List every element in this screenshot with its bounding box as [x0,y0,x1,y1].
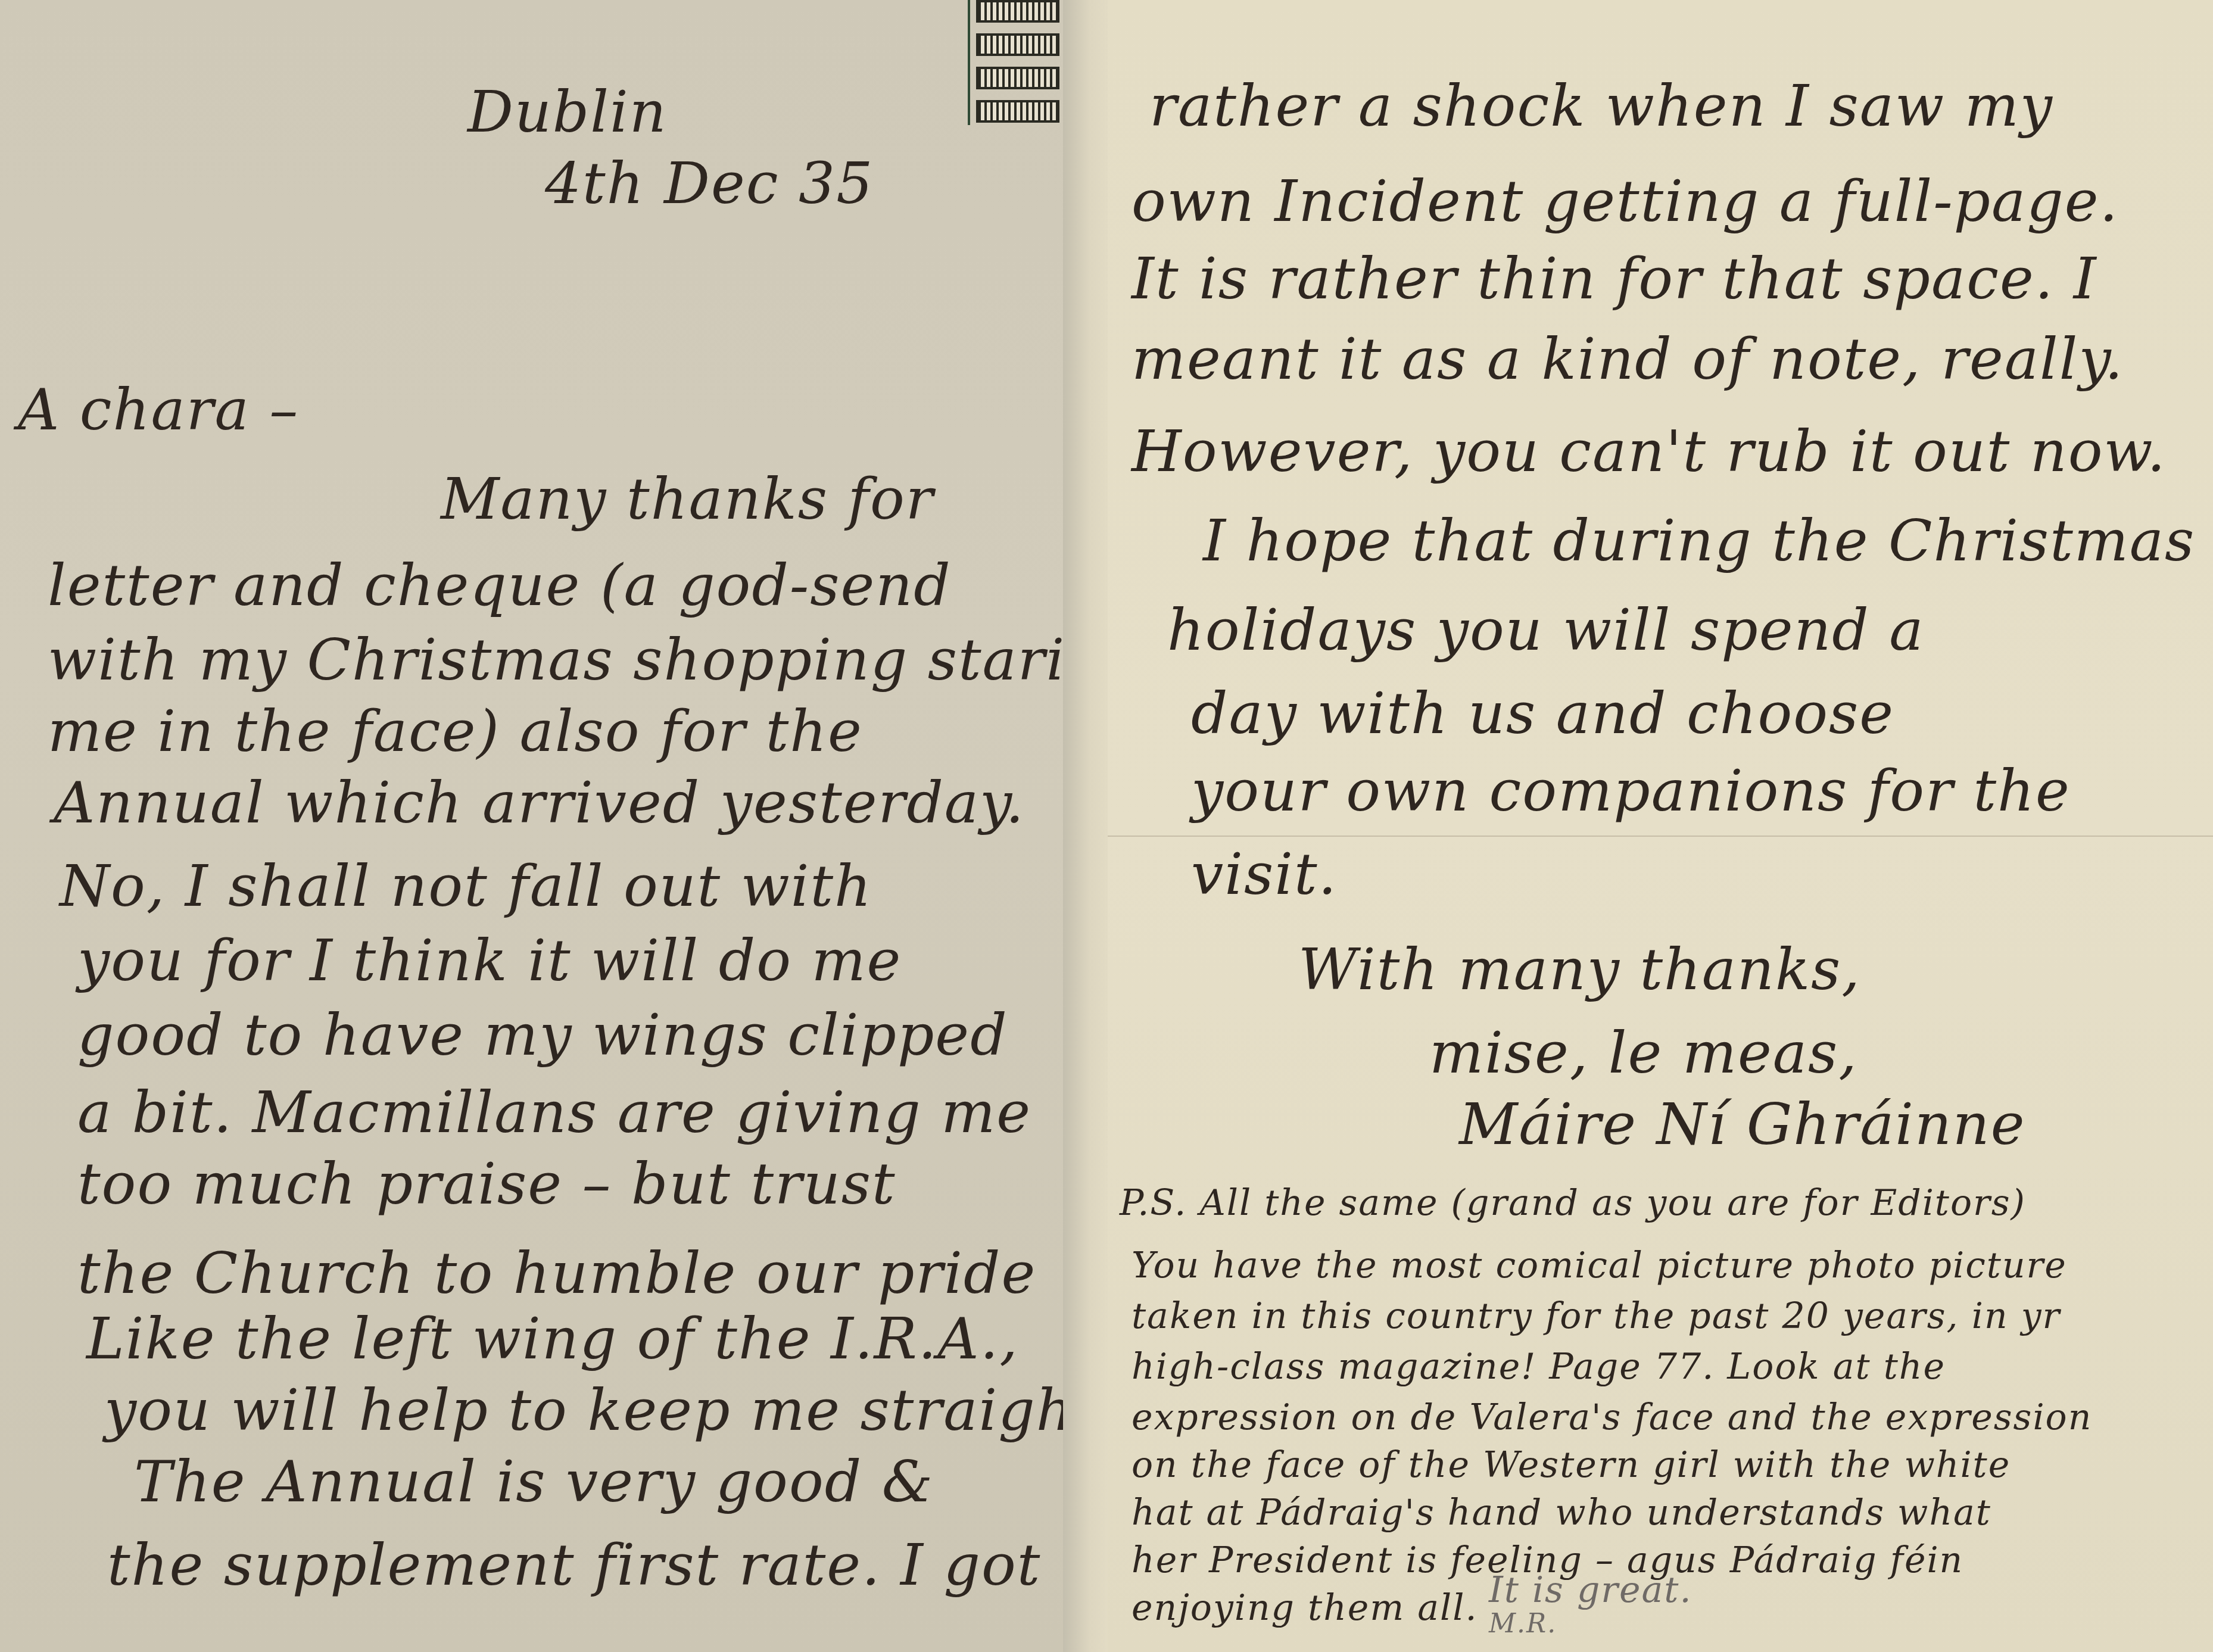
sign-off: mise, le meas, [1429,1024,1858,1081]
closing: With many thanks, [1298,941,1861,998]
body-line: good to have my wings clipped [77,1006,1008,1064]
body-line: with my Christmas shopping staring [48,631,1063,688]
body-line: the supplement first rate. I got [107,1536,1041,1594]
postage-stamp [968,0,1063,125]
body-line: the Church to humble our pride [77,1245,1036,1302]
body-line: visit. [1191,846,1338,903]
body-line: me in the face) also for the [48,703,863,760]
postscript-line: You have the most comical picture photo … [1132,1248,2067,1283]
postscript-line: on the face of the Western girl with the… [1132,1447,2011,1483]
body-line: your own companions for the [1191,762,2071,819]
salutation: A chara – [18,381,299,438]
body-line: letter and cheque (a god-send [48,557,952,614]
right-page: rather a shock when I saw my own Inciden… [1108,0,2213,1652]
postscript-line: enjoying them all. [1132,1590,1478,1626]
body-line: rather a shock when I saw my [1149,77,2053,135]
letter-spread: Dublin 4th Dec 35 A chara – Many thanks … [0,0,2213,1652]
stamp-bar [976,67,1059,89]
paper-fold-crease [1108,836,2213,837]
stamp-bar [976,0,1059,23]
body-line: you for I think it will do me [77,932,902,989]
postscript-afterthought: It is great. [1489,1572,1693,1608]
body-line: The Annual is very good & [134,1453,934,1510]
body-line: I hope that during the Christmas [1203,512,2195,569]
postscript-line: hat at Pádraig's hand who understands wh… [1132,1495,1991,1531]
letter-address: Dublin [467,83,667,141]
body-line: meant it as a kind of note, really. [1132,331,2124,388]
letter-date: 4th Dec 35 [545,155,874,212]
postscript-initials: M.R. [1489,1611,1557,1637]
body-line: Annual which arrived yesterday. [54,774,1025,831]
body-line: Many thanks for [441,470,934,528]
body-line: own Incident getting a full-page. [1132,173,2119,230]
body-line: No, I shall not fall out with [60,858,872,915]
body-line: you will help to keep me straight [104,1382,1063,1439]
body-line: Like the left wing of the I.R.A., [86,1310,1019,1367]
page-gutter [1063,0,1108,1652]
body-line: However, you can't rub it out now. [1132,423,2167,480]
body-line: too much praise – but trust [77,1155,896,1212]
postscript-line: expression on de Valera's face and the e… [1132,1399,2092,1435]
body-line: day with us and choose [1191,685,1894,742]
stamp-bar [976,33,1059,56]
postscript-line: P.S. All the same (grand as you are for … [1120,1185,2026,1221]
left-page: Dublin 4th Dec 35 A chara – Many thanks … [0,0,1063,1652]
body-line: a bit. Macmillans are giving me [77,1084,1031,1141]
stamp-bar [976,100,1059,123]
signature: Máire Ní Ghráinne [1459,1096,2025,1153]
postscript-line: taken in this country for the past 20 ye… [1132,1298,2061,1334]
postscript-line: high-class magazine! Page 77. Look at th… [1132,1349,1946,1385]
body-line: It is rather thin for that space. I [1132,250,2097,307]
body-line: holidays you will spend a [1167,601,1924,659]
